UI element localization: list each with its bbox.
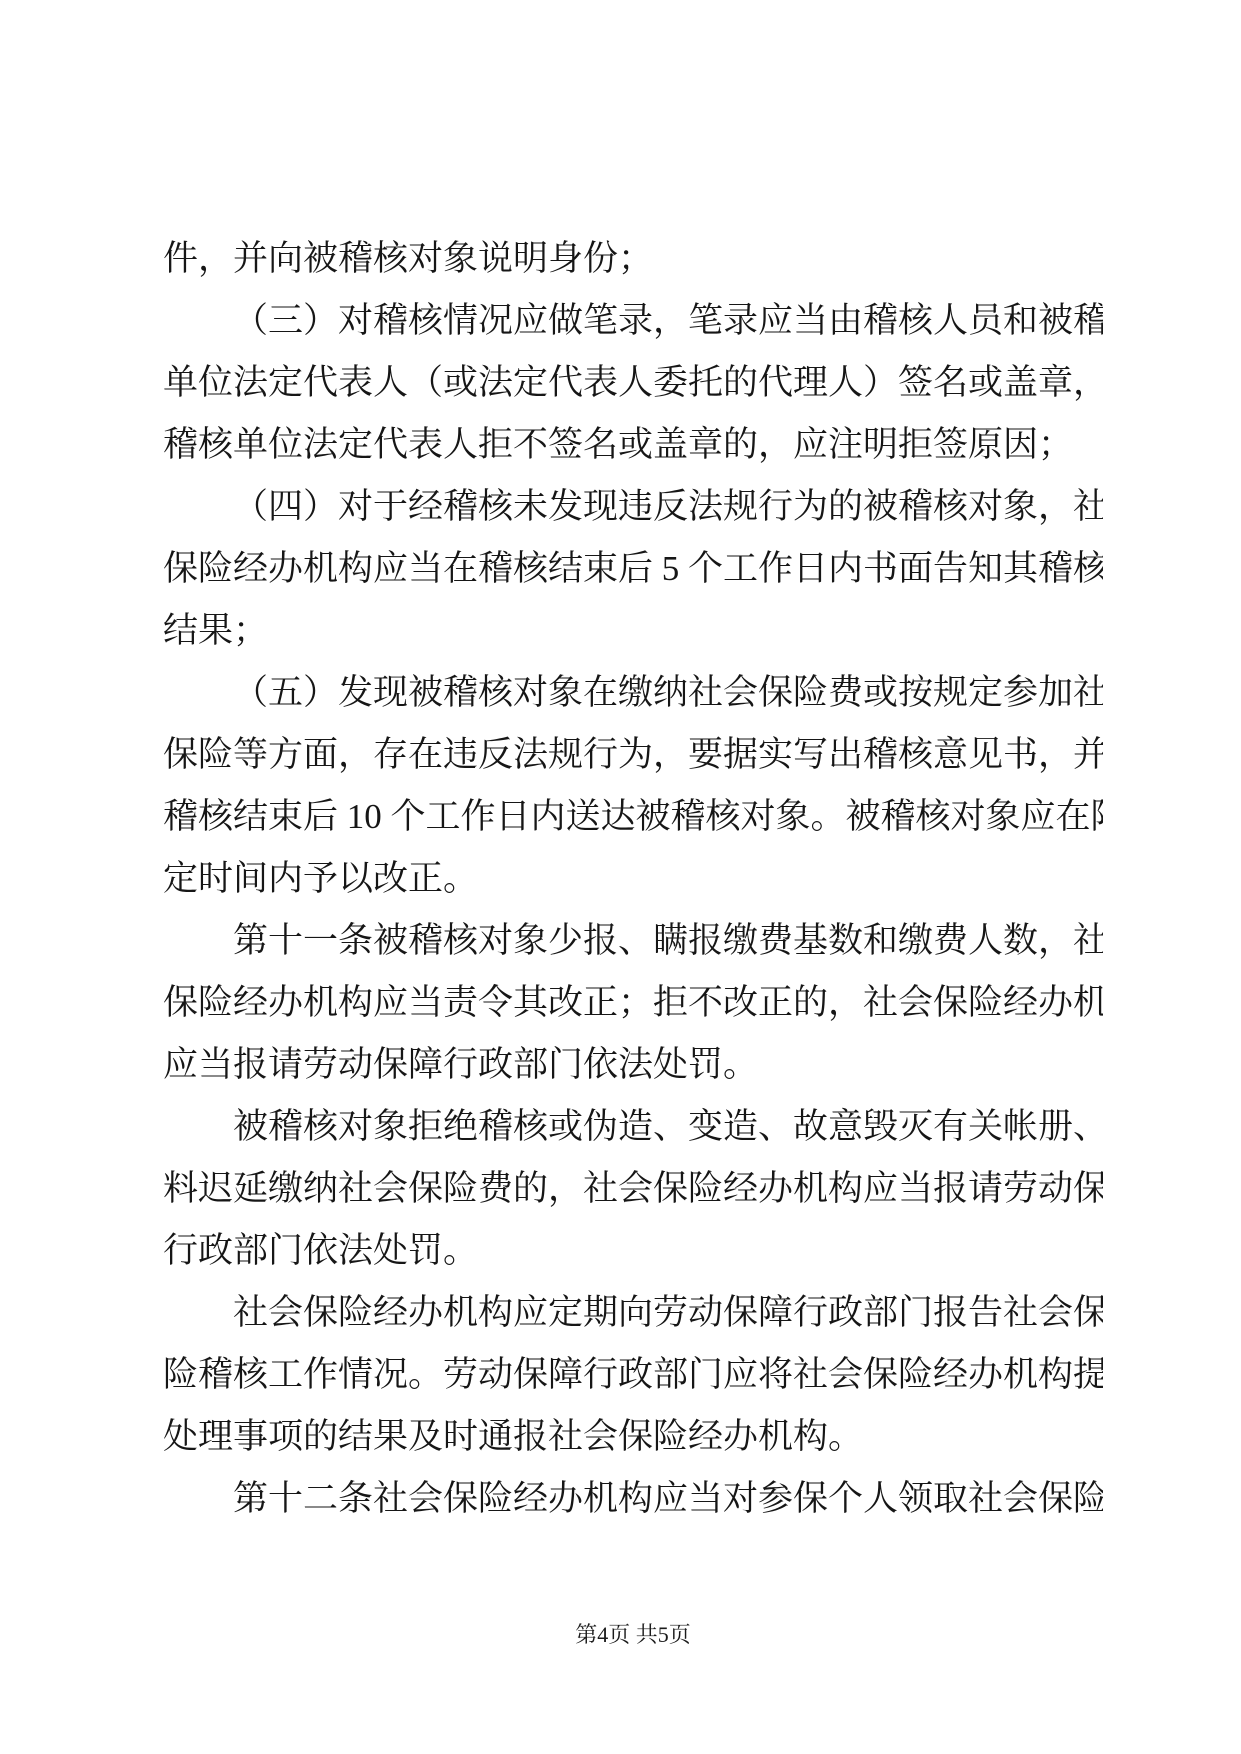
text-line: 料迟延缴纳社会保险费的，社会保险经办机构应当报请劳动保障 [163, 1158, 1103, 1220]
document-page: 件，并向被稽核对象说明身份；（三）对稽核情况应做笔录，笔录应当由稽核人员和被稽核… [0, 0, 1241, 1754]
text-line: 稽核结束后 10 个工作日内送达被稽核对象。被稽核对象应在限 [163, 786, 1103, 848]
text-line: 稽核单位法定代表人拒不签名或盖章的，应注明拒签原因； [163, 414, 1103, 476]
text-line: （四）对于经稽核未发现违反法规行为的被稽核对象，社会 [163, 476, 1103, 538]
page-footer: 第4页 共5页 [163, 1612, 1103, 1658]
text-line: 保险经办机构应当在稽核结束后 5 个工作日内书面告知其稽核 [163, 538, 1103, 600]
paragraph: 第十一条被稽核对象少报、瞒报缴费基数和缴费人数，社会保险经办机构应当责令其改正；… [163, 910, 1103, 1096]
paragraph: （五）发现被稽核对象在缴纳社会保险费或按规定参加社会保险等方面，存在违反法规行为… [163, 662, 1103, 910]
text-line: 结果； [163, 600, 1103, 662]
paragraph: 被稽核对象拒绝稽核或伪造、变造、故意毁灭有关帐册、材料迟延缴纳社会保险费的，社会… [163, 1096, 1103, 1282]
page-number: 第4页 共5页 [575, 1622, 691, 1647]
paragraph: （四）对于经稽核未发现违反法规行为的被稽核对象，社会保险经办机构应当在稽核结束后… [163, 476, 1103, 662]
text-line: 应当报请劳动保障行政部门依法处罚。 [163, 1034, 1103, 1096]
text-line: 被稽核对象拒绝稽核或伪造、变造、故意毁灭有关帐册、材 [163, 1096, 1103, 1158]
paragraph: （三）对稽核情况应做笔录，笔录应当由稽核人员和被稽核单位法定代表人（或法定代表人… [163, 290, 1103, 476]
text-line: 社会保险经办机构应定期向劳动保障行政部门报告社会保 [163, 1282, 1103, 1344]
text-line: 第十二条社会保险经办机构应当对参保个人领取社会保险 [163, 1468, 1103, 1530]
text-line: 行政部门依法处罚。 [163, 1220, 1103, 1282]
text-line: 保险等方面，存在违反法规行为，要据实写出稽核意见书，并在 [163, 724, 1103, 786]
paragraph: 社会保险经办机构应定期向劳动保障行政部门报告社会保险稽核工作情况。劳动保障行政部… [163, 1282, 1103, 1468]
paragraph: 件，并向被稽核对象说明身份； [163, 228, 1103, 290]
text-line: 险稽核工作情况。劳动保障行政部门应将社会保险经办机构提请 [163, 1344, 1103, 1406]
text-line: 处理事项的结果及时通报社会保险经办机构。 [163, 1406, 1103, 1468]
text-line: （三）对稽核情况应做笔录，笔录应当由稽核人员和被稽核 [163, 290, 1103, 352]
paragraph: 第十二条社会保险经办机构应当对参保个人领取社会保险 [163, 1468, 1103, 1530]
document-body: 件，并向被稽核对象说明身份；（三）对稽核情况应做笔录，笔录应当由稽核人员和被稽核… [163, 228, 1103, 1530]
text-line: 第十一条被稽核对象少报、瞒报缴费基数和缴费人数，社会 [163, 910, 1103, 972]
text-line: 单位法定代表人（或法定代表人委托的代理人）签名或盖章，被 [163, 352, 1103, 414]
text-line: 保险经办机构应当责令其改正；拒不改正的，社会保险经办机构 [163, 972, 1103, 1034]
text-line: 件，并向被稽核对象说明身份； [163, 228, 1103, 290]
text-line: （五）发现被稽核对象在缴纳社会保险费或按规定参加社会 [163, 662, 1103, 724]
text-line: 定时间内予以改正。 [163, 848, 1103, 910]
